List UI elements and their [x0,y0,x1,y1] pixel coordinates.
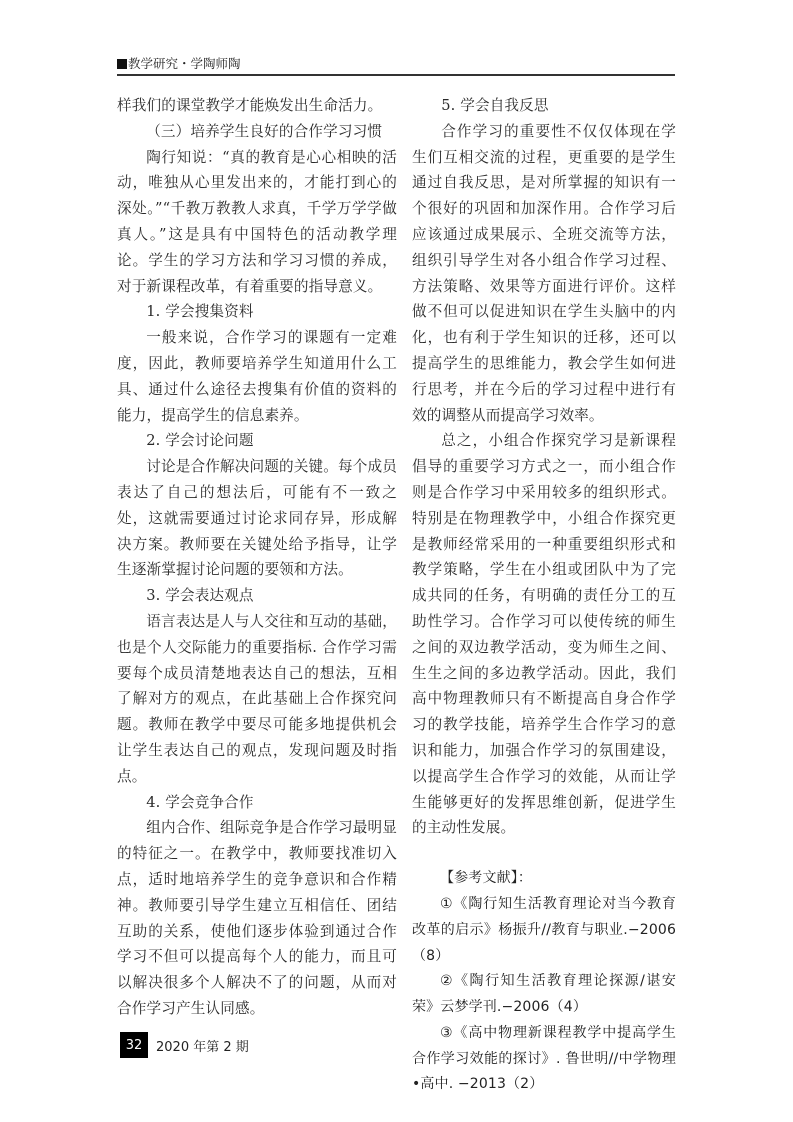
subheading: 3. 学会表达观点 [117,583,397,609]
body-paragraph: 陶行知说：“真的教育是心心相映的活动，唯独从心里发出来的，才能打到心的深处。”“… [117,145,397,300]
subheading: 5. 学会自我反思 [412,93,676,119]
conclusion-paragraph: 总之，小组合作探究学习是新课程倡导的重要学习方式之一，而小组合作则是合作学习中采… [412,428,676,841]
page-number: 32 [120,1032,148,1058]
references-heading: 【参考文献】： [412,866,676,892]
subheading: 1. 学会搜集资料 [117,299,397,325]
page-footer: 32 2020 年第 2 期 [120,1032,249,1058]
reference-item: ③《高中物理新课程教学中提高学生合作学习效能的探讨》. 鲁世明//中学物理•高中… [412,1021,676,1098]
section-heading: （三）培养学生良好的合作学习习惯 [117,119,397,145]
reference-item: ①《陶行知生活教育理论对当今教育改革的启示》杨振升//教育与职业.−2006（8… [412,892,676,969]
section-label: 教学研究・学陶师陶 [117,56,241,71]
continuation-paragraph: 样我们的课堂教学才能焕发出生命活力。 [117,93,397,119]
subheading: 4. 学会竞争合作 [117,790,397,816]
body-paragraph: 合作学习的重要性不仅仅体现在学生们互相交流的过程，更重要的是学生通过自我反思，是… [412,119,676,429]
left-column: 样我们的课堂教学才能焕发出生命活力。 （三）培养学生良好的合作学习习惯 陶行知说… [117,93,397,1022]
subheading: 2. 学会讨论问题 [117,428,397,454]
issue-label: 2020 年第 2 期 [156,1036,249,1055]
reference-item: ②《陶行知生活教育理论探源/谌安荣》云梦学刊.−2006（4） [412,969,676,1021]
body-paragraph: 组内合作、组际竞争是合作学习最明显的特征之一。在教学中，教师要找准切入点，适时地… [117,815,397,1021]
running-header: 教学研究・学陶师陶 [117,56,675,76]
black-square-icon [117,59,127,69]
body-paragraph: 语言表达是人与人交往和互动的基础，也是个人交际能力的重要指标. 合作学习需要每个… [117,609,397,790]
right-column: 5. 学会自我反思 合作学习的重要性不仅仅体现在学生们互相交流的过程，更重要的是… [412,93,676,1098]
body-paragraph: 讨论是合作解决问题的关键。每个成员表达了自己的想法后，可能有不一致之处，这就需要… [117,454,397,583]
section-label-text: 教学研究・学陶师陶 [128,56,241,71]
body-paragraph: 一般来说，合作学习的课题有一定难度，因此，教师要培养学生知道用什么工具、通过什么… [117,325,397,428]
